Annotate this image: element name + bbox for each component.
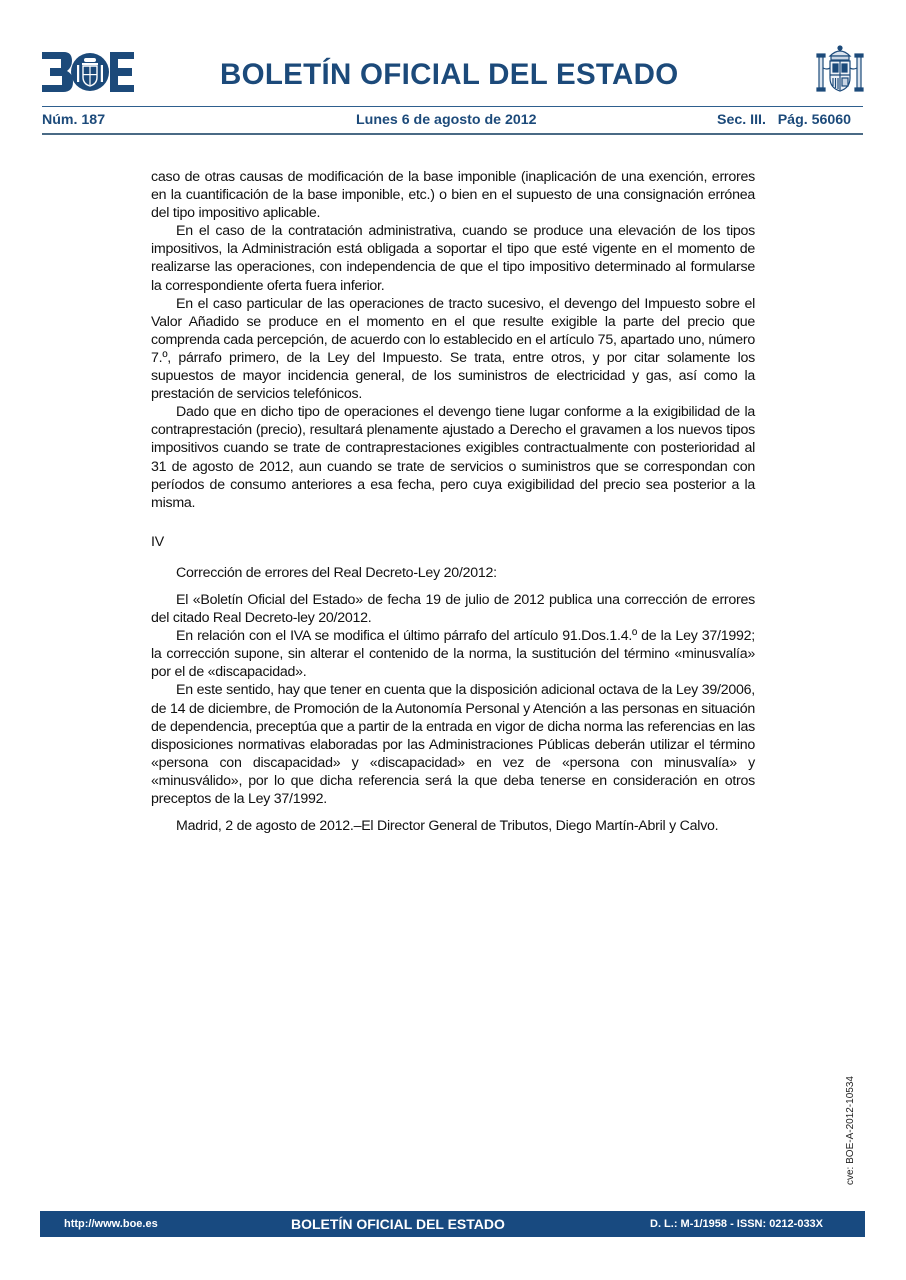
section-page: Sec. III. Pág. 56060	[717, 112, 851, 128]
cve-code: cve: BOE-A-2012-10534	[845, 1076, 856, 1185]
section-title: Corrección de errores del Real Decreto-L…	[151, 564, 755, 582]
document-body: caso de otras causas de modificación de …	[151, 168, 755, 835]
footer-title: BOLETÍN OFICIAL DEL ESTADO	[291, 1216, 505, 1232]
coat-of-arms-icon	[816, 44, 864, 96]
paragraph: En relación con el IVA se modifica el úl…	[151, 627, 755, 681]
paragraph: En el caso particular de las operaciones…	[151, 295, 755, 404]
paragraph: caso de otras causas de modificación de …	[151, 168, 755, 222]
signature: Madrid, 2 de agosto de 2012.–El Director…	[151, 817, 755, 835]
paragraph: En este sentido, hay que tener en cuenta…	[151, 681, 755, 808]
section-heading: IV	[151, 533, 755, 551]
footer-legal: D. L.: M-1/1958 - ISSN: 0212-033X	[650, 1218, 823, 1230]
footer-url-link[interactable]: http://www.boe.es	[64, 1218, 158, 1230]
issue-number: Núm. 187	[42, 112, 105, 128]
header-rule-top	[42, 106, 863, 107]
boe-logo	[42, 52, 134, 92]
header-rule-bottom	[42, 133, 863, 135]
paragraph: Dado que en dicho tipo de operaciones el…	[151, 403, 755, 512]
gazette-title: BOLETÍN OFICIAL DEL ESTADO	[220, 58, 679, 92]
issue-date: Lunes 6 de agosto de 2012	[356, 112, 537, 128]
boe-logo-icon	[42, 52, 134, 92]
paragraph: El «Boletín Oficial del Estado» de fecha…	[151, 591, 755, 627]
paragraph: En el caso de la contratación administra…	[151, 222, 755, 294]
footer-bar: http://www.boe.es BOLETÍN OFICIAL DEL ES…	[40, 1211, 865, 1237]
